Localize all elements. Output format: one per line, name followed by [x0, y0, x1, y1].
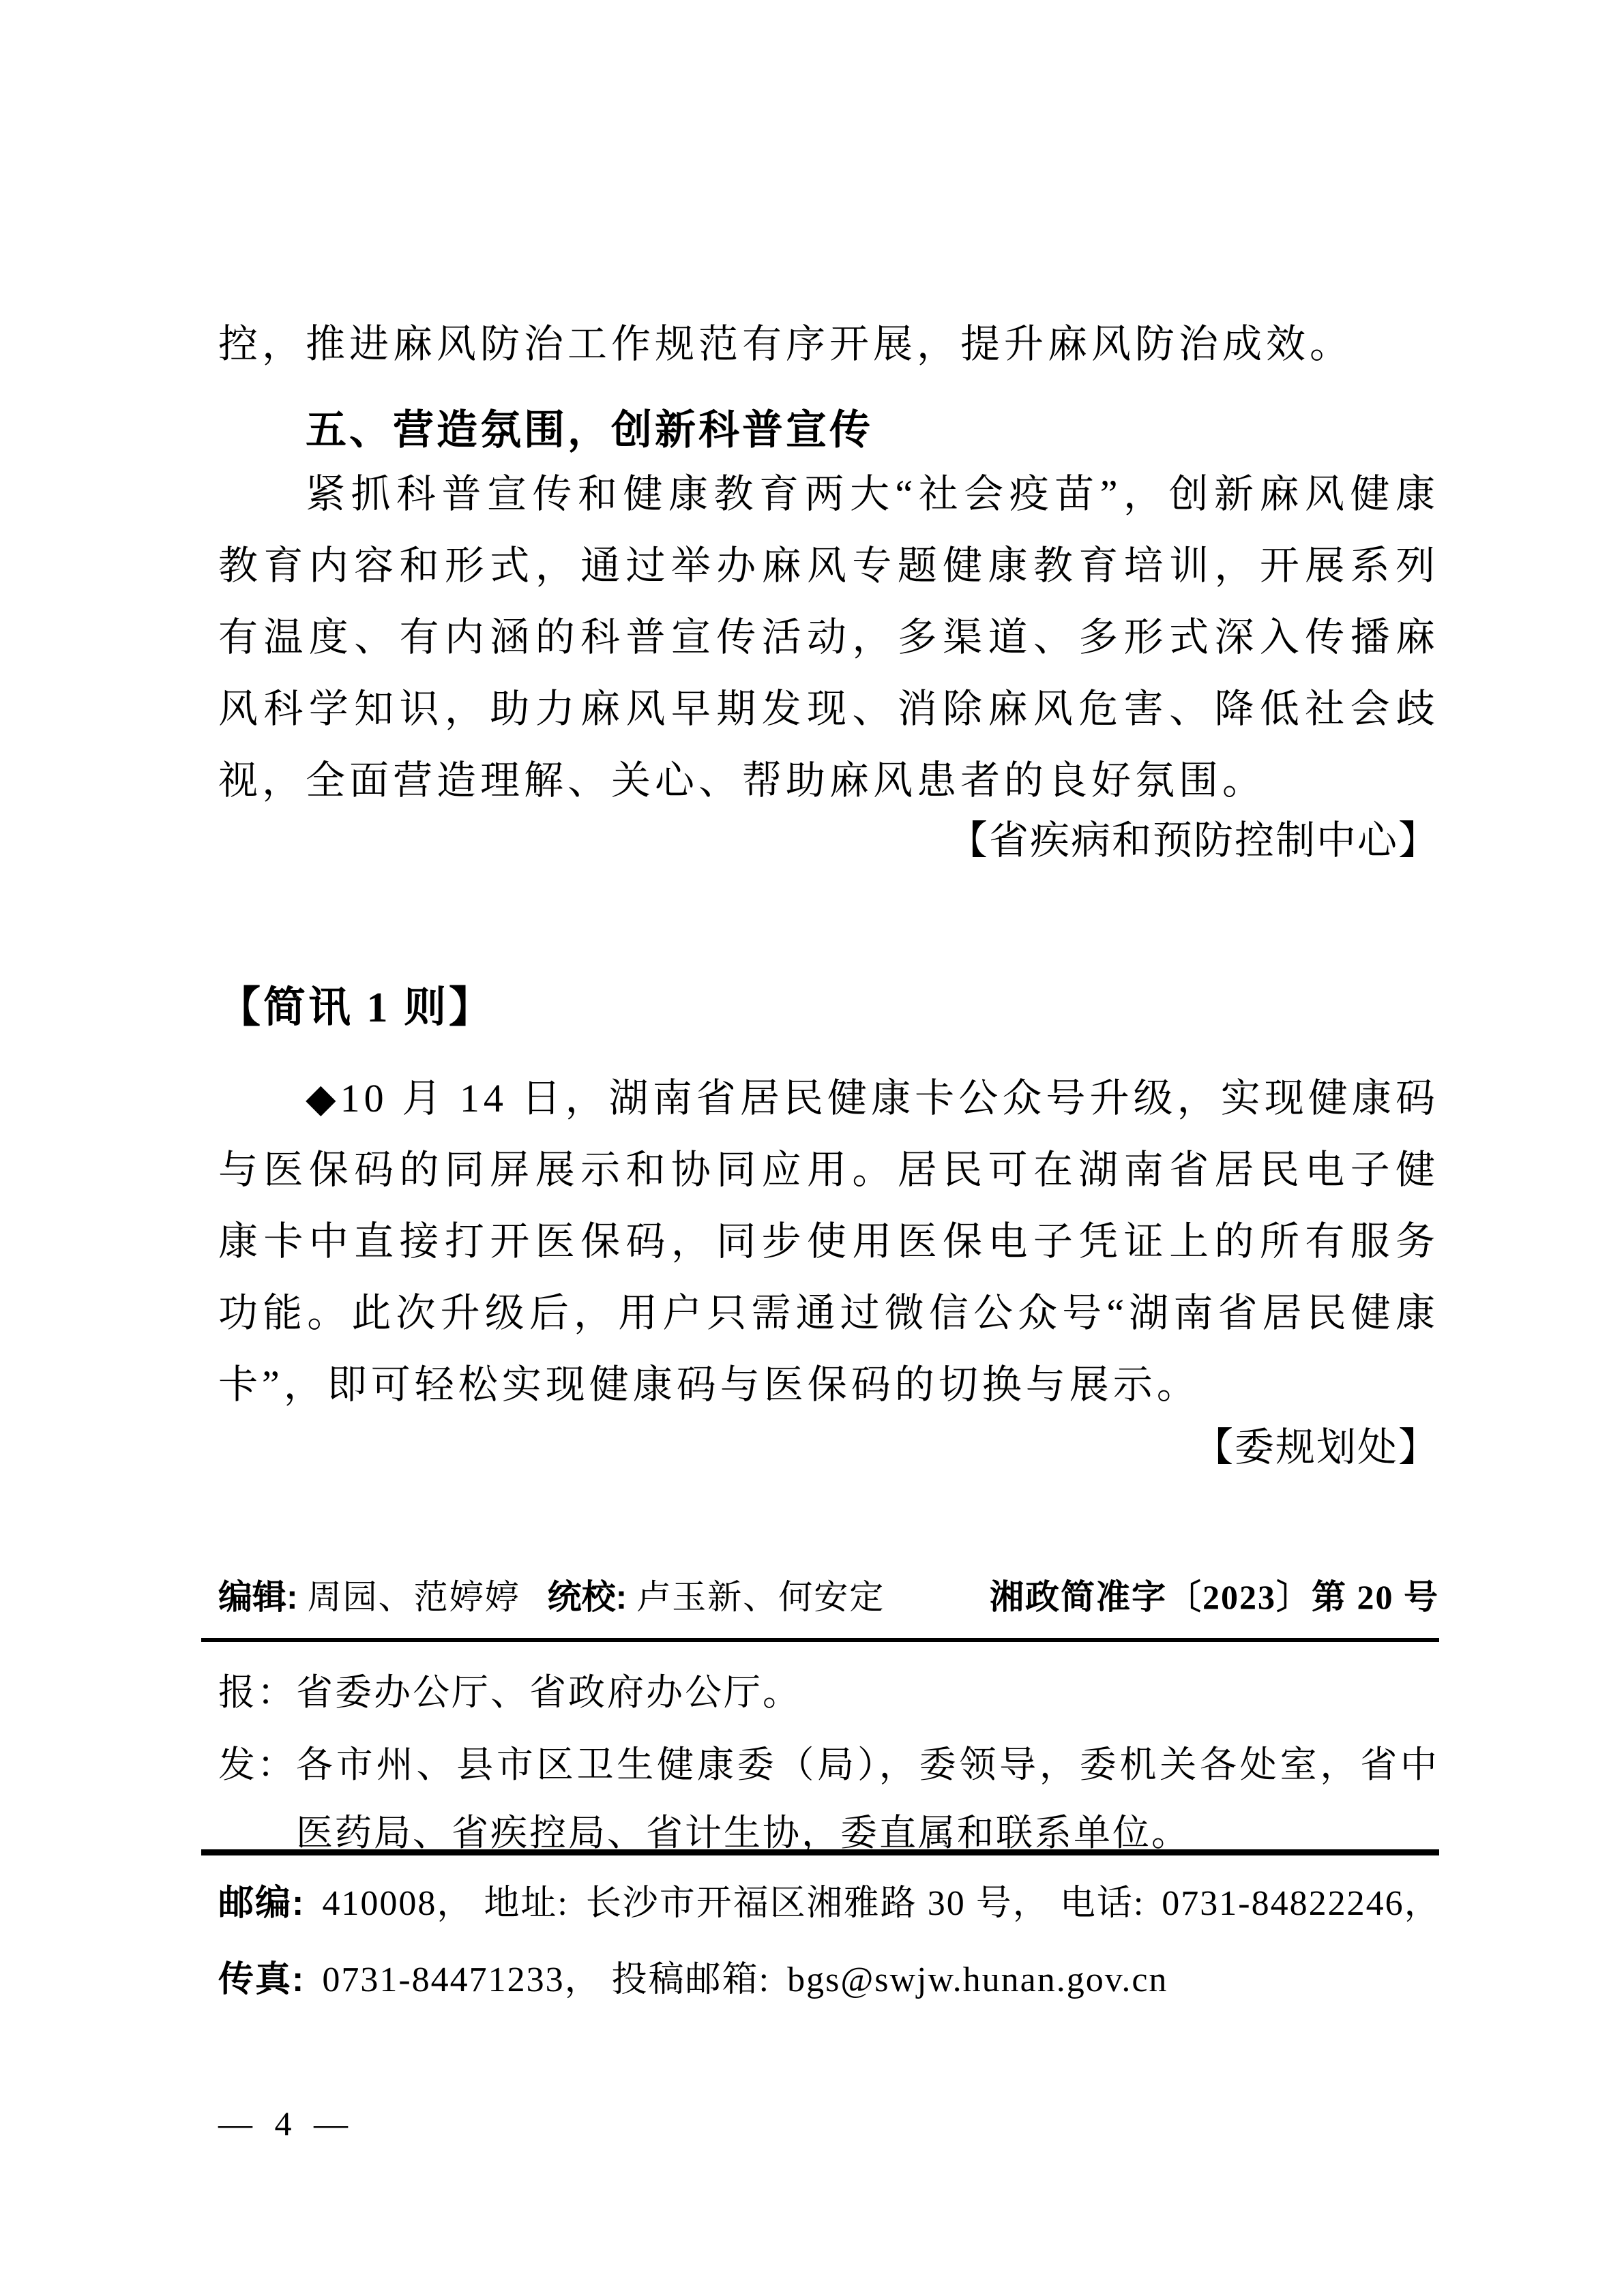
contact-line-2: 传真: 0731-84471233， 投稿邮箱: bgs@swjw.hunan.… [218, 1950, 1439, 2010]
phone-label: 电话: [1060, 1884, 1145, 1923]
editor-names: 周园、范婷婷 [308, 1570, 520, 1624]
report-text: 省委办公厅、省政府办公厅。 [296, 1658, 1439, 1727]
divider-top [201, 1638, 1439, 1642]
doc-number: 湘政简准字〔2023〕第 20 号 [990, 1570, 1439, 1624]
postcode-label: 邮编: [218, 1883, 305, 1923]
report-row: 报： 省委办公厅、省政府办公厅。 [218, 1658, 1439, 1727]
continuation-paragraph: 控，推进麻风防治工作规范有序开展，提升麻风防治成效。 [218, 308, 1439, 380]
brief-item: ◆10 月 14 日，湖南省居民健康卡公众号升级，实现健康码与医保码的同屏展示和… [218, 1062, 1439, 1420]
document-page: 控，推进麻风防治工作规范有序开展，提升麻风防治成效。 五、营造氛围，创新科普宣传… [0, 0, 1624, 2296]
email-label: 投稿邮箱: [612, 1960, 770, 1999]
address-value: 长沙市开福区湘雅路 30 号， [586, 1884, 1050, 1923]
section5-attribution: 【省疾病和预防控制中心】 [218, 810, 1439, 871]
proofread-label: 统校: [548, 1570, 628, 1624]
contact-line-1: 邮编: 410008， 地址: 长沙市开福区湘雅路 30 号， 电话: 0731… [218, 1874, 1439, 1933]
postcode-value: 410008， [322, 1884, 473, 1923]
address-label: 地址: [484, 1884, 568, 1923]
editor-row: 编辑: 周园、范婷婷 统校: 卢玉新、何安定 湘政简准字〔2023〕第 20 号 [218, 1570, 1439, 1624]
email-value: bgs@swjw.hunan.gov.cn [787, 1960, 1168, 1999]
fax-value: 0731-84471233， [322, 1960, 601, 1999]
distribution-text: 各市州、县市区卫生健康委（局），委领导，委机关各处室，省中医药局、省疾控局、省计… [296, 1731, 1439, 1867]
editor-label: 编辑: [218, 1570, 298, 1624]
fax-label: 传真: [218, 1960, 305, 1999]
distribution-label: 发： [218, 1731, 296, 1799]
page-number: — 4 — [218, 2104, 1439, 2143]
briefs-header: 【简讯 1 则】 [218, 974, 1439, 1042]
proofread-names: 卢玉新、何安定 [636, 1570, 885, 1624]
briefs-attribution: 【委规划处】 [218, 1417, 1439, 1478]
phone-value: 0731-84822246， [1162, 1884, 1441, 1923]
distribution-row: 发： 各市州、县市区卫生健康委（局），委领导，委机关各处室，省中医药局、省疾控局… [218, 1731, 1439, 1867]
section5-heading: 五、营造氛围，创新科普宣传 [218, 394, 1439, 466]
section5-paragraph: 紧抓科普宣传和健康教育两大“社会疫苗”，创新麻风健康教育内容和形式，通过举办麻风… [218, 458, 1439, 816]
report-label: 报： [218, 1658, 296, 1727]
divider-bottom [201, 1849, 1439, 1855]
